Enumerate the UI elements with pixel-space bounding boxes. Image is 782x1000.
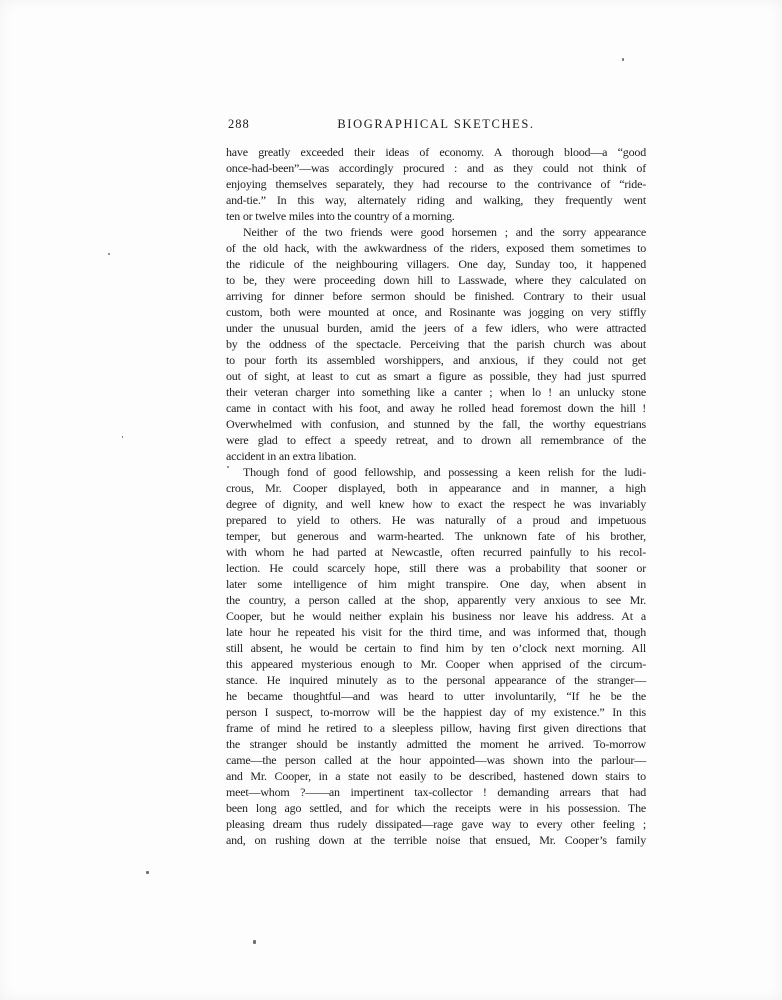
text-line: under the unusual burden, amid the jeers… [226, 320, 646, 336]
text-line: meet—whom ?——an impertinent tax-collecto… [226, 784, 646, 800]
text-line: custom, both were mounted at once, and R… [226, 304, 646, 320]
text-line: crous, Mr. Cooper displayed, both in app… [226, 480, 646, 496]
text-line: with whom he had parted at Newcastle, of… [226, 544, 646, 560]
text-line: the ridicule of the neighbouring village… [226, 256, 646, 272]
text-line: came in contact with his foot, and away … [226, 400, 646, 416]
running-header: 288 BIOGRAPHICAL SKETCHES. [226, 116, 646, 132]
paragraph: Neither of the two friends were good hor… [226, 224, 646, 464]
scan-speck [146, 871, 149, 874]
text-line: by the oddness of the spectacle. Perceiv… [226, 336, 646, 352]
text-line: Neither of the two friends were good hor… [226, 224, 646, 240]
text-line: prepared to yield to others. He was natu… [226, 512, 646, 528]
text-line: out of sight, at least to cut as smart a… [226, 368, 646, 384]
text-line: this appeared mysterious enough to Mr. C… [226, 656, 646, 672]
text-line: person I suspect, to-morrow will be the … [226, 704, 646, 720]
scan-speck [253, 940, 256, 944]
scan-speck [227, 466, 229, 468]
text-line: the country, a person called at the shop… [226, 592, 646, 608]
text-line: Overwhelmed with confusion, and stunned … [226, 416, 646, 432]
running-title: BIOGRAPHICAL SKETCHES. [226, 116, 646, 132]
text-line: degree of dignity, and well knew how to … [226, 496, 646, 512]
text-line: to pour forth its assembled worshippers,… [226, 352, 646, 368]
paragraph: Though fond of good fellowship, and poss… [226, 464, 646, 848]
scan-speck [122, 436, 123, 438]
text-line: their veteran charger into something lik… [226, 384, 646, 400]
book-page: 288 BIOGRAPHICAL SKETCHES. have greatly … [0, 0, 782, 1000]
text-line: pleasing dream thus rudely dissipated—ra… [226, 816, 646, 832]
text-line: Though fond of good fellowship, and poss… [226, 464, 646, 480]
text-line: to be, they were proceeding down hill to… [226, 272, 646, 288]
text-line: lection. He could scarcely hope, still t… [226, 560, 646, 576]
page-body: have greatly exceeded their ideas of eco… [226, 144, 646, 848]
text-line: still absent, he would be certain to fin… [226, 640, 646, 656]
text-line: have greatly exceeded their ideas of eco… [226, 144, 646, 160]
text-line: the stranger should be instantly admitte… [226, 736, 646, 752]
text-line: later some intelligence of him might tra… [226, 576, 646, 592]
text-line: he became thoughtful—and was heard to ut… [226, 688, 646, 704]
text-line: accident in an extra libation. [226, 448, 646, 464]
text-line: and Mr. Cooper, in a state not easily to… [226, 768, 646, 784]
text-line: of the old hack, with the awkwardness of… [226, 240, 646, 256]
text-line: and-tie.” In this way, alternately ridin… [226, 192, 646, 208]
text-line: late hour he repeated his visit for the … [226, 624, 646, 640]
scan-speck [622, 58, 624, 61]
text-line: were glad to effect a speedy retreat, an… [226, 432, 646, 448]
text-line: and, on rushing down at the terrible noi… [226, 832, 646, 848]
text-line: temper, but generous and warm-hearted. T… [226, 528, 646, 544]
text-line: stance. He inquired minutely as to the p… [226, 672, 646, 688]
text-line: came—the person called at the hour appoi… [226, 752, 646, 768]
page-number: 288 [228, 116, 250, 132]
text-line: arriving for dinner before sermon should… [226, 288, 646, 304]
text-line: once-had-been”—was accordingly procured … [226, 160, 646, 176]
text-line: enjoying themselves separately, they had… [226, 176, 646, 192]
text-line: been long ago settled, and for which the… [226, 800, 646, 816]
text-line: Cooper, but he would neither explain his… [226, 608, 646, 624]
text-line: ten or twelve miles into the country of … [226, 208, 646, 224]
paragraph: have greatly exceeded their ideas of eco… [226, 144, 646, 224]
text-line: frame of mind he retired to a sleepless … [226, 720, 646, 736]
scan-speck [108, 253, 110, 255]
